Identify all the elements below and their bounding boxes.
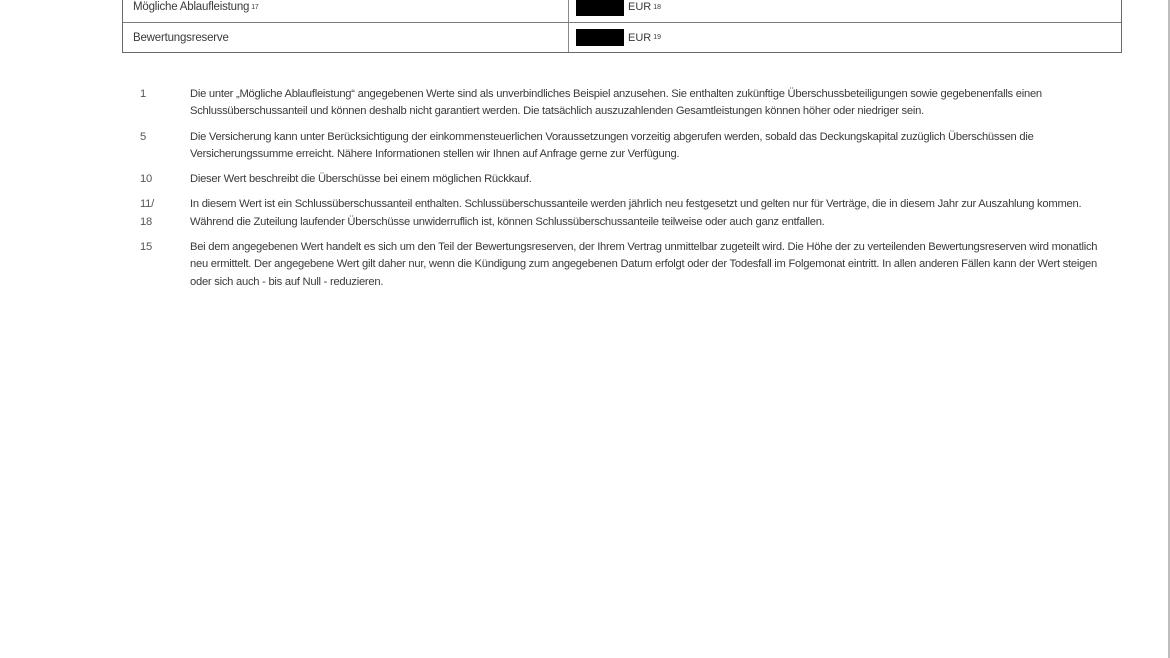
value-cell: EUR 19 bbox=[569, 23, 1121, 52]
footnote-text: Dieser Wert beschreibt die Überschüsse b… bbox=[190, 171, 1115, 188]
label-cell: Bewertungsreserve bbox=[123, 23, 569, 52]
footnotes-list: 1 Die unter „Mögliche Ablaufleistung“ an… bbox=[140, 86, 1115, 299]
footnote-number: 1 bbox=[140, 86, 190, 121]
footnote-number: 11/ 18 bbox=[140, 196, 190, 231]
label-cell: Mögliche Ablaufleistung 17 bbox=[123, 0, 569, 22]
footnote-text: In diesem Wert ist ein Schlussüberschuss… bbox=[190, 196, 1115, 231]
row-label: Bewertungsreserve bbox=[133, 32, 229, 44]
footnote-item: 10 Dieser Wert beschreibt die Überschüss… bbox=[140, 171, 1115, 188]
footnote-item: 11/ 18 In diesem Wert ist ein Schlussübe… bbox=[140, 196, 1115, 231]
footnote-text: Die unter „Mögliche Ablaufleistung“ ange… bbox=[190, 86, 1115, 121]
redacted-amount bbox=[576, 29, 624, 46]
footnote-number: 5 bbox=[140, 129, 190, 164]
footnote-number: 10 bbox=[140, 171, 190, 188]
footnote-text: Bei dem angegebenen Wert handelt es sich… bbox=[190, 239, 1115, 291]
footnote-number: 15 bbox=[140, 239, 190, 291]
table-row-ablaufleistung: Mögliche Ablaufleistung 17 EUR 18 bbox=[123, 0, 1121, 22]
currency-label: EUR bbox=[628, 1, 651, 13]
redacted-amount bbox=[576, 0, 624, 16]
footnote-item: 1 Die unter „Mögliche Ablaufleistung“ an… bbox=[140, 86, 1115, 121]
footnote-item: 15 Bei dem angegebenen Wert handelt es s… bbox=[140, 239, 1115, 291]
footnote-item: 5 Die Versicherung kann unter Berücksich… bbox=[140, 129, 1115, 164]
values-table: Mögliche Ablaufleistung 17 EUR 18 Bewert… bbox=[122, 0, 1122, 53]
footnote-marker: 18 bbox=[653, 4, 661, 11]
value-cell: EUR 18 bbox=[569, 0, 1121, 22]
footnote-text: Die Versicherung kann unter Berücksichti… bbox=[190, 129, 1115, 164]
row-label: Mögliche Ablaufleistung bbox=[133, 1, 249, 13]
footnote-marker: 19 bbox=[653, 34, 661, 41]
footnote-marker: 17 bbox=[251, 4, 258, 11]
table-row-bewertungsreserve: Bewertungsreserve EUR 19 bbox=[123, 22, 1121, 52]
currency-label: EUR bbox=[628, 32, 651, 44]
